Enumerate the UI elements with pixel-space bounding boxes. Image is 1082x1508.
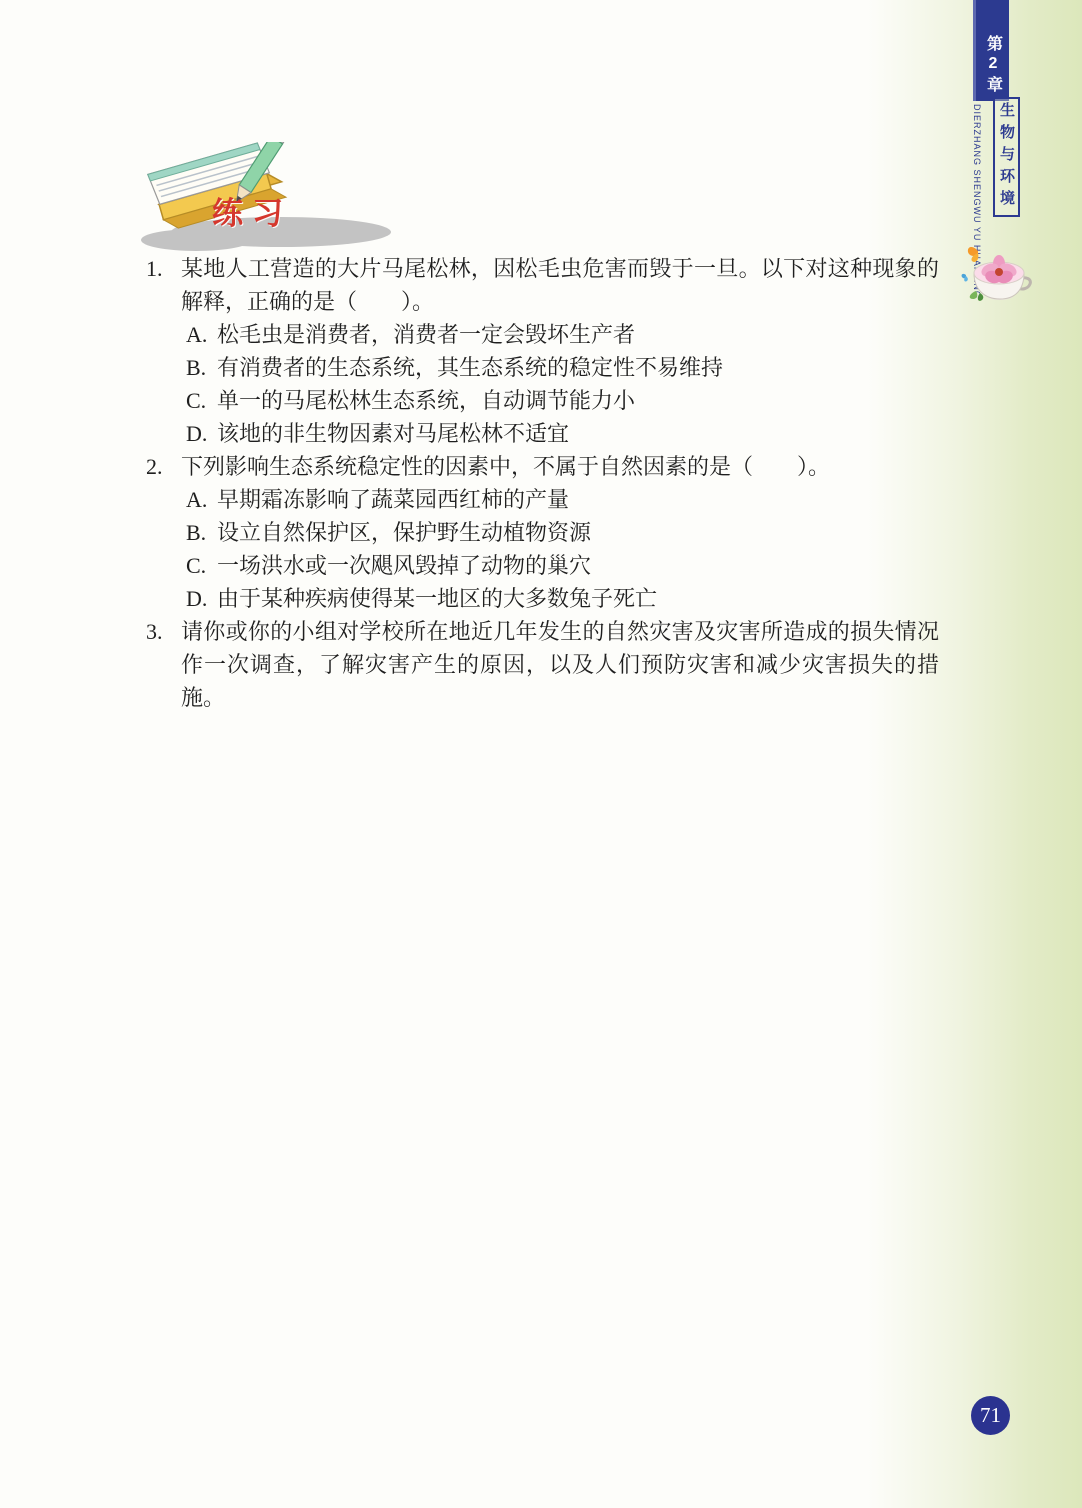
option-label: D. <box>181 417 217 450</box>
option-text: 设立自然保护区，保护野生动植物资源 <box>217 516 939 549</box>
question-3: 3. 请你或你的小组对学校所在地近几年发生的自然灾害及灾害所造成的损失情况作一次… <box>146 615 939 714</box>
option-text: 该地的非生物因素对马尾松林不适宜 <box>217 417 939 450</box>
chapter-tab-label: 第2章 <box>985 35 1001 96</box>
chapter-title-label: 生物与环境 <box>999 102 1014 212</box>
option-label: C. <box>181 384 217 417</box>
option-label: D. <box>181 582 217 615</box>
questions-list: 1. 某地人工营造的大片马尾松林，因松毛虫危害而毁于一旦。以下对这种现象的解释，… <box>146 252 939 714</box>
question-stem: 某地人工营造的大片马尾松林，因松毛虫危害而毁于一旦。以下对这种现象的解释，正确的… <box>181 252 939 318</box>
chapter-tab: 第2章 <box>973 0 1009 101</box>
option-label: A. <box>181 318 217 351</box>
question-number: 1. <box>146 252 181 450</box>
option-row: B. 有消费者的生态系统，其生态系统的稳定性不易维持 <box>181 351 939 384</box>
option-label: A. <box>181 483 217 516</box>
option-label: B. <box>181 351 217 384</box>
question-stem: 请你或你的小组对学校所在地近几年发生的自然灾害及灾害所造成的损失情况作一次调查，… <box>181 615 939 714</box>
question-2: 2. 下列影响生态系统稳定性的因素中，不属于自然因素的是（ ）。 A. 早期霜冻… <box>146 450 939 615</box>
option-label: C. <box>181 549 217 582</box>
chapter-title-box: 生物与环境 <box>993 97 1020 217</box>
option-text: 早期霜冻影响了蔬菜园西红柿的产量 <box>217 483 939 516</box>
question-number: 3. <box>146 615 181 714</box>
butterfly-blue-icon <box>962 274 968 282</box>
page-number-badge: 71 <box>971 1396 1010 1435</box>
question-number: 2. <box>146 450 181 615</box>
option-text: 由于某种疾病使得某一地区的大多数兔子死亡 <box>217 582 939 615</box>
option-text: 有消费者的生态系统，其生态系统的稳定性不易维持 <box>217 351 939 384</box>
question-1: 1. 某地人工营造的大片马尾松林，因松毛虫危害而毁于一旦。以下对这种现象的解释，… <box>146 252 939 450</box>
teacup-flower-icon <box>960 243 1040 305</box>
option-label: B. <box>181 516 217 549</box>
option-row: C. 单一的马尾松林生态系统，自动调节能力小 <box>181 384 939 417</box>
option-row: D. 由于某种疾病使得某一地区的大多数兔子死亡 <box>181 582 939 615</box>
chapter-pinyin-label: DIERZHANG SHENGWU YU HUANJING <box>972 104 982 264</box>
exercise-header: 练习 <box>136 142 436 262</box>
option-text: 松毛虫是消费者，消费者一定会毁坏生产者 <box>217 318 939 351</box>
leaf-icon <box>970 291 978 299</box>
exercise-title: 练习 <box>212 188 292 233</box>
option-text: 单一的马尾松林生态系统，自动调节能力小 <box>217 384 939 417</box>
option-row: A. 早期霜冻影响了蔬菜园西红柿的产量 <box>181 483 939 516</box>
page-number-label: 71 <box>980 1403 1001 1428</box>
option-row: B. 设立自然保护区，保护野生动植物资源 <box>181 516 939 549</box>
butterfly-orange-icon <box>968 247 978 262</box>
question-stem: 下列影响生态系统稳定性的因素中，不属于自然因素的是（ ）。 <box>181 450 939 483</box>
textbook-page: 第2章 DIERZHANG SHENGWU YU HUANJING 生物与环境 <box>0 0 1082 1508</box>
option-row: C. 一场洪水或一次飓风毁掉了动物的巢穴 <box>181 549 939 582</box>
option-row: D. 该地的非生物因素对马尾松林不适宜 <box>181 417 939 450</box>
option-text: 一场洪水或一次飓风毁掉了动物的巢穴 <box>217 549 939 582</box>
teacup-flower-decoration <box>960 243 1040 305</box>
option-row: A. 松毛虫是消费者，消费者一定会毁坏生产者 <box>181 318 939 351</box>
